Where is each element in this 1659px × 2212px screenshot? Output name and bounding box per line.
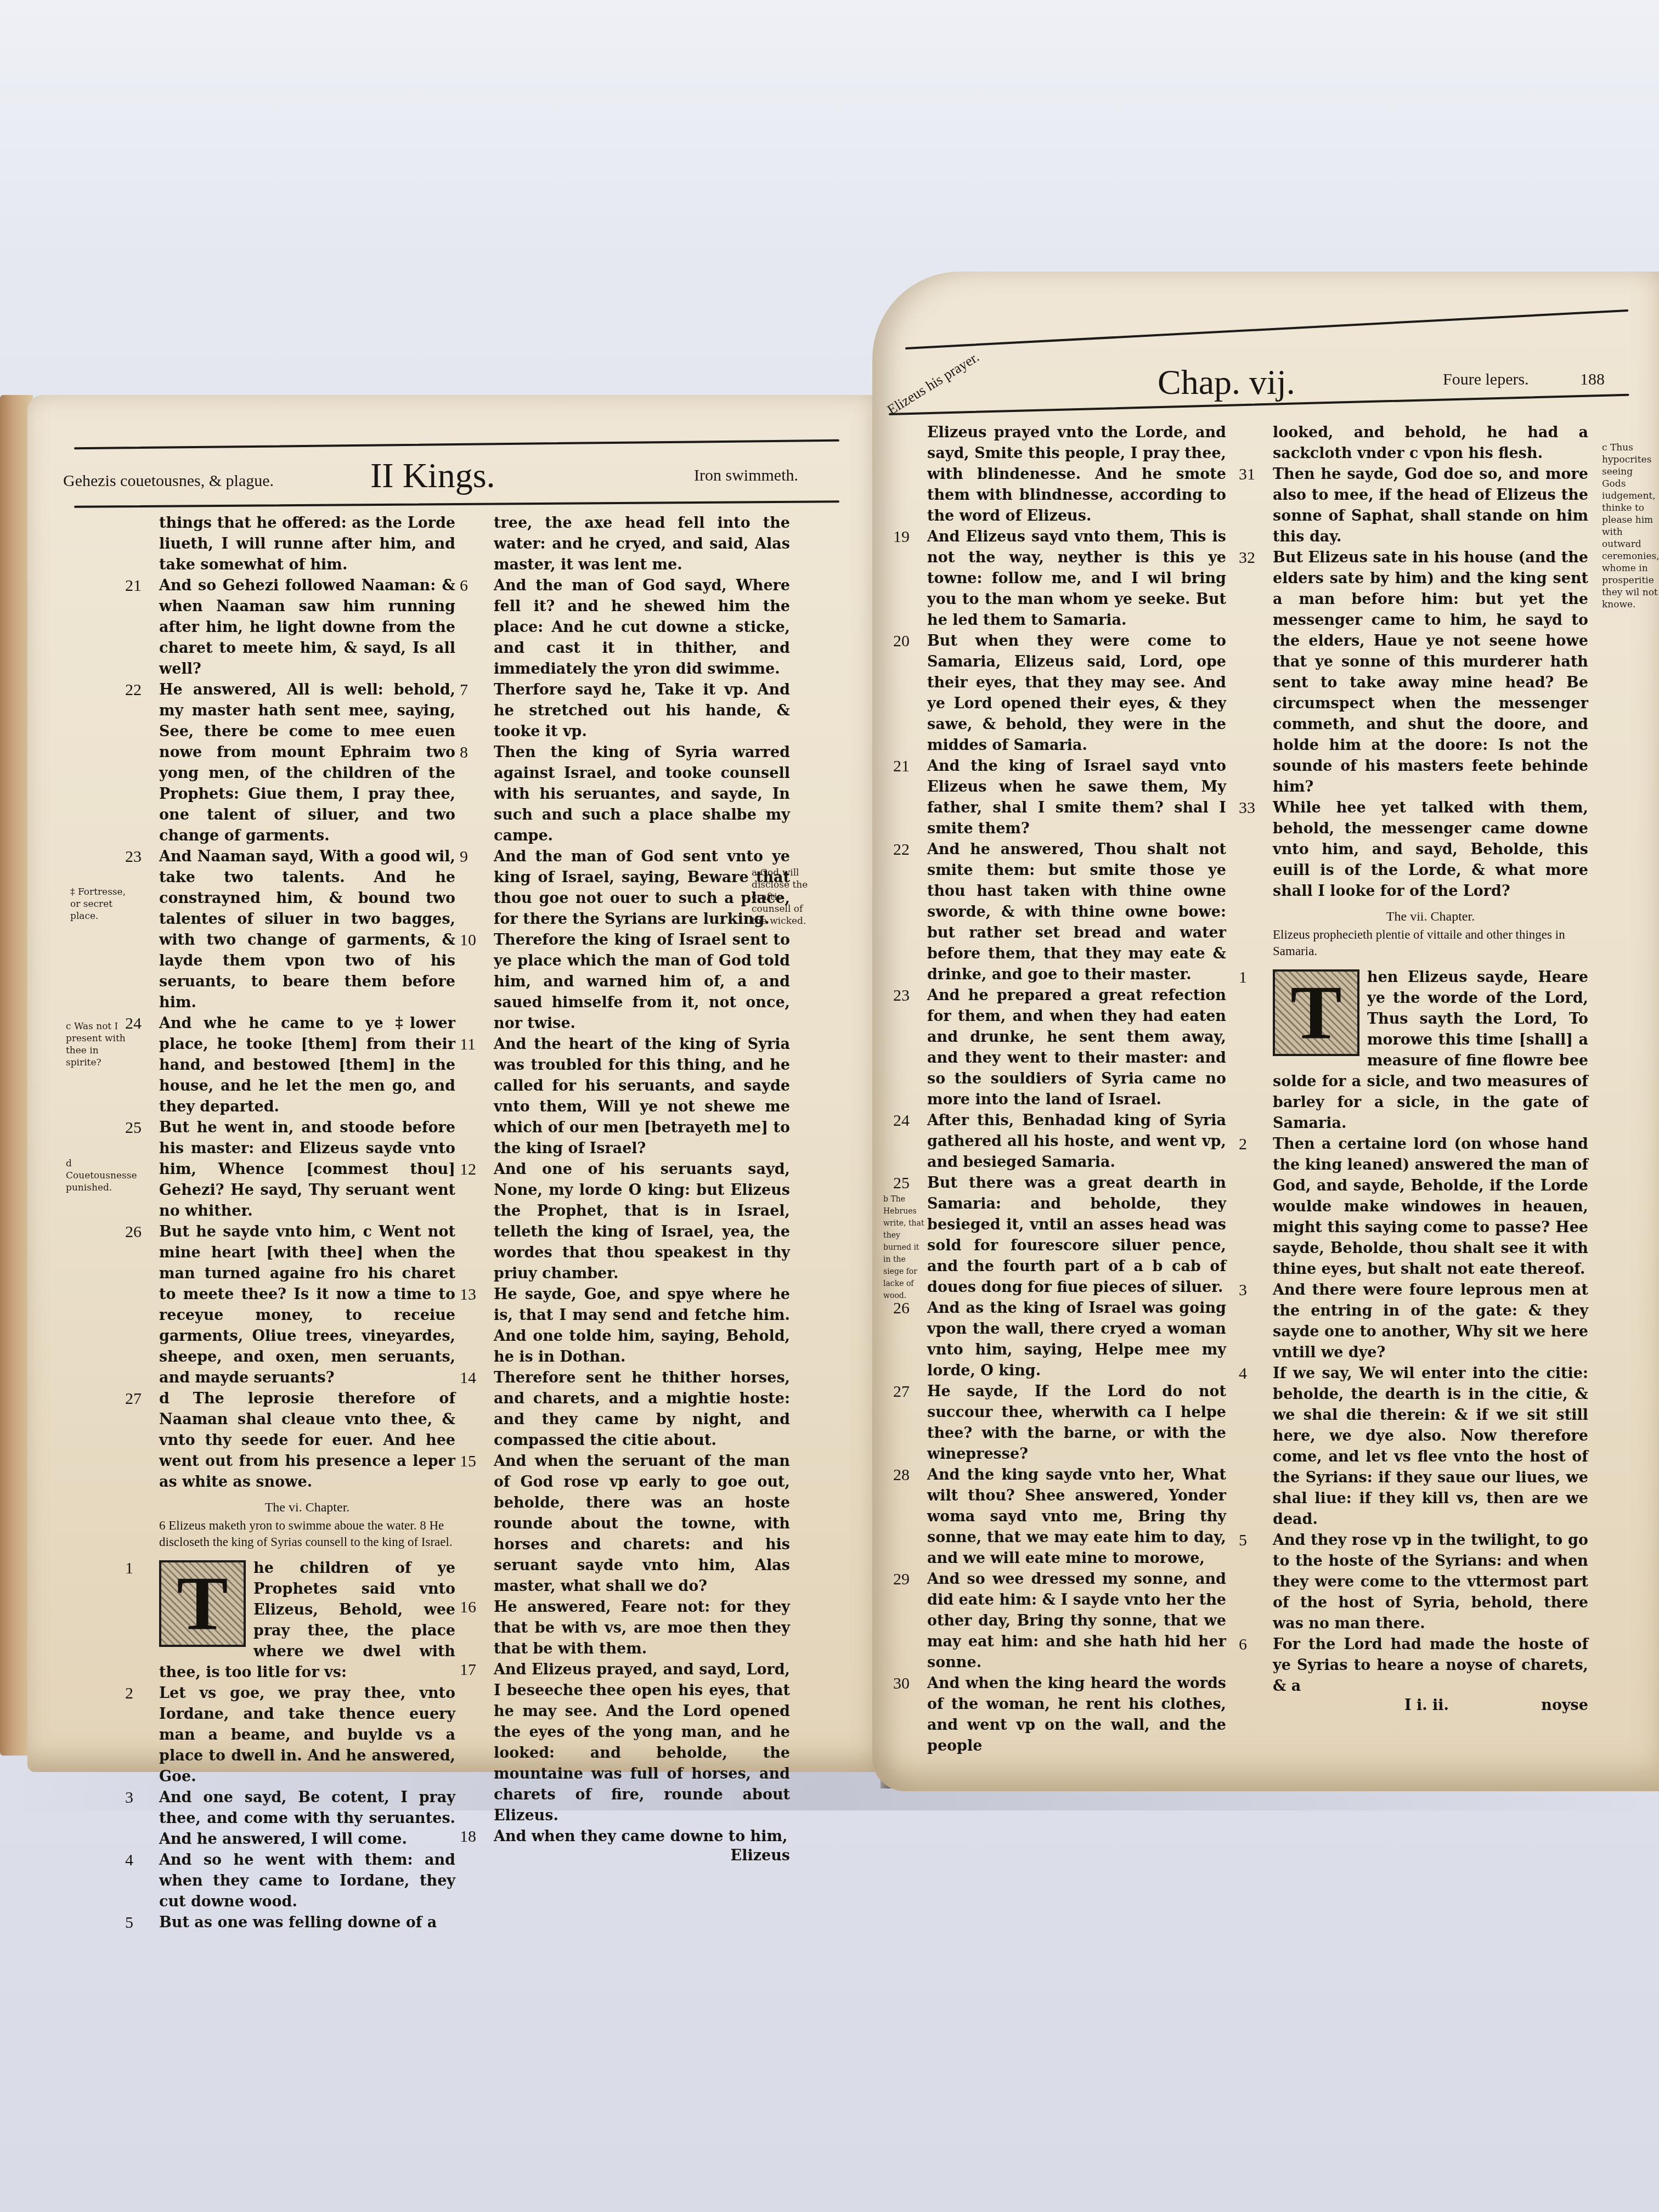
verse-8: 8Then the king of Syria warred against I… [494, 742, 790, 847]
right-page: Elizeus his prayer. Chap. vij. Foure lep… [872, 272, 1659, 1791]
verse-32: 32But Elizeus sate in his house (and the… [1273, 548, 1588, 798]
verse-11: 11And the heart of the king of Syria was… [494, 1034, 790, 1159]
verse-27: 27d The leprosie therefore of Naaman sha… [159, 1389, 455, 1493]
running-head-right: Iron swimmeth. [694, 466, 798, 485]
verse-vi-4: 4And so he went with them: and when they… [159, 1850, 455, 1912]
verse-23: 23And he prepared a great refection for … [927, 985, 1226, 1110]
verse-vii-1: 1Then Elizeus sayde, Heare ye the worde … [1273, 967, 1588, 1134]
gloss-was-not-i-present: c Was not I present with thee in spirite… [66, 1020, 129, 1069]
verse-vi-2: 2Let vs goe, we pray thee, vnto Iordane,… [159, 1683, 455, 1787]
verse-vi-5: 5But as one was felling downe of a [159, 1912, 455, 1933]
right-column-1: Elizeus prayed vnto the Lorde, and sayd,… [927, 422, 1226, 1757]
header-rule-bottom [74, 500, 839, 508]
verse-14: 14Therefore sent he thither horses, and … [494, 1368, 790, 1451]
verse-12: 12And one of his seruants sayd, None, my… [494, 1159, 790, 1284]
gloss-couetousnesse: d Couetousnesse punished. [66, 1158, 129, 1194]
verse-9: 9And the man of God sent vnto ye king of… [494, 847, 790, 930]
verse-vii-6: 6For the Lord had made the hoste of ye S… [1273, 1634, 1588, 1697]
chapter-summary-vi: 6 Elizeus maketh yron to swimme aboue th… [159, 1517, 455, 1550]
verse-22: 22And he answered, Thou shalt not smite … [927, 839, 1226, 985]
verse-30: 30And when the king heard the words of t… [927, 1673, 1226, 1757]
right-column-2: looked, and behold, he had a sackcloth v… [1273, 422, 1588, 1714]
verse: looked, and behold, he had a sackcloth v… [1273, 422, 1588, 464]
chapter-summary-vii: Elizeus propheciеth plentie of vittaile … [1273, 927, 1588, 960]
verse-13: 13He sayde, Goe, and spye where he is, t… [494, 1284, 790, 1368]
verse: tree, the axe head fell into the water: … [494, 513, 790, 575]
verse-16: 16He answered, Feare not: for they that … [494, 1597, 790, 1660]
verse-24: 24And whe he came to ye ‡lower place, he… [159, 1013, 455, 1118]
verse-vii-4: 4If we say, We wil enter into the citie:… [1273, 1363, 1588, 1530]
verse: Elizeus prayed vnto the Lorde, and sayd,… [927, 422, 1226, 527]
verse-7: 7Therfore sayd he, Take it vp. And he st… [494, 680, 790, 742]
verse-22: 22He answered, All is well: behold, my m… [159, 680, 455, 847]
verse-26: 26But he sayde vnto him, c Went not mine… [159, 1222, 455, 1389]
dropcap-woodcut: T [159, 1560, 246, 1647]
dropcap-woodcut: T [1273, 969, 1359, 1056]
left-page: Gehezis couetousnes, & plague. II Kings.… [27, 395, 889, 1772]
verse-31: 31Then he sayde, God doe so, and more al… [1273, 464, 1588, 548]
verse-10: 10Therefore the king of Israel sent to y… [494, 930, 790, 1034]
verse-23: 23And Naaman sayd, With a good wil, take… [159, 847, 455, 1013]
chapter-heading-vi: The vi. Chapter. [159, 1500, 455, 1515]
page-footer: I i. ii. noyse [1273, 1697, 1588, 1714]
verse-vii-5: 5And they rose vp in the twilight, to go… [1273, 1530, 1588, 1634]
verse-21: 21And so Gehezi followed Naaman: & when … [159, 575, 455, 680]
folio-number: 188 [1580, 370, 1605, 389]
left-column-1: things that he offered: as the Lorde liu… [159, 513, 455, 1933]
verse-18: 18And when they came downe to him, [494, 1826, 790, 1847]
verse-24: 24After this, Benhadad king of Syria gat… [927, 1110, 1226, 1173]
book-title: II Kings. [370, 455, 495, 496]
verse-20: 20But when they were come to Samaria, El… [927, 631, 1226, 756]
verse-15: 15And when the seruant of the man of God… [494, 1451, 790, 1597]
verse-19: 19And Elizeus sayd vnto them, This is no… [927, 527, 1226, 631]
verse-vi-1: 1The children of ye Prophetes said vnto … [159, 1558, 455, 1683]
signature-mark: I i. ii. [1404, 1697, 1449, 1714]
verse-28: 28And the king sayde vnto her, What wilt… [927, 1465, 1226, 1569]
verse-vii-3: 3And there were foure leprous men at the… [1273, 1280, 1588, 1363]
left-column-2: tree, the axe head fell into the water: … [494, 513, 790, 1864]
gloss-fortresse: ‡ Fortresse, or secret place. [70, 886, 133, 922]
verse-vii-2: 2Then a certaine lord (on whose hand the… [1273, 1134, 1588, 1280]
verse-vi-3: 3And one sayd, Be cotent, I pray thee, a… [159, 1787, 455, 1850]
running-head-left: Elizeus his prayer. [884, 349, 982, 419]
catchword: Elizeus [494, 1847, 790, 1864]
running-head-right: Foure lepers. [1443, 370, 1529, 389]
verse-33: 33While hee yet talked with them, behold… [1273, 798, 1588, 902]
header-rule-top [74, 439, 839, 450]
chapter-title: Chap. vij. [1158, 362, 1295, 403]
catchword: noyse [1541, 1697, 1588, 1714]
gloss-hebrues: b The Hebrues write, that they burned it… [883, 1193, 927, 1302]
chapter-heading-vii: The vii. Chapter. [1273, 910, 1588, 924]
header-rule-top [905, 309, 1628, 349]
verse-6: 6And the man of God sayd, Where fell it?… [494, 575, 790, 680]
verse-27: 27He sayde, If the Lord do not succour t… [927, 1381, 1226, 1465]
verse-29: 29And so wee dressed my sonne, and did e… [927, 1569, 1226, 1673]
verse-21: 21And the king of Israel sayd vnto Elize… [927, 756, 1226, 839]
gloss-hypocrites: c Thus hypocrites seeing Gods iudgement,… [1602, 442, 1659, 611]
verse-25: 25But there was a great dearth in Samari… [927, 1173, 1226, 1298]
running-head-left: Gehezis couetousnes, & plague. [63, 472, 274, 490]
verse-25: 25But he went in, and stoode before his … [159, 1118, 455, 1222]
verse-26: 26And as the king of Israel was going vp… [927, 1298, 1226, 1381]
verse: things that he offered: as the Lorde liu… [159, 513, 455, 575]
verse-17: 17And Elizeus prayed, and sayd, Lord, I … [494, 1660, 790, 1826]
